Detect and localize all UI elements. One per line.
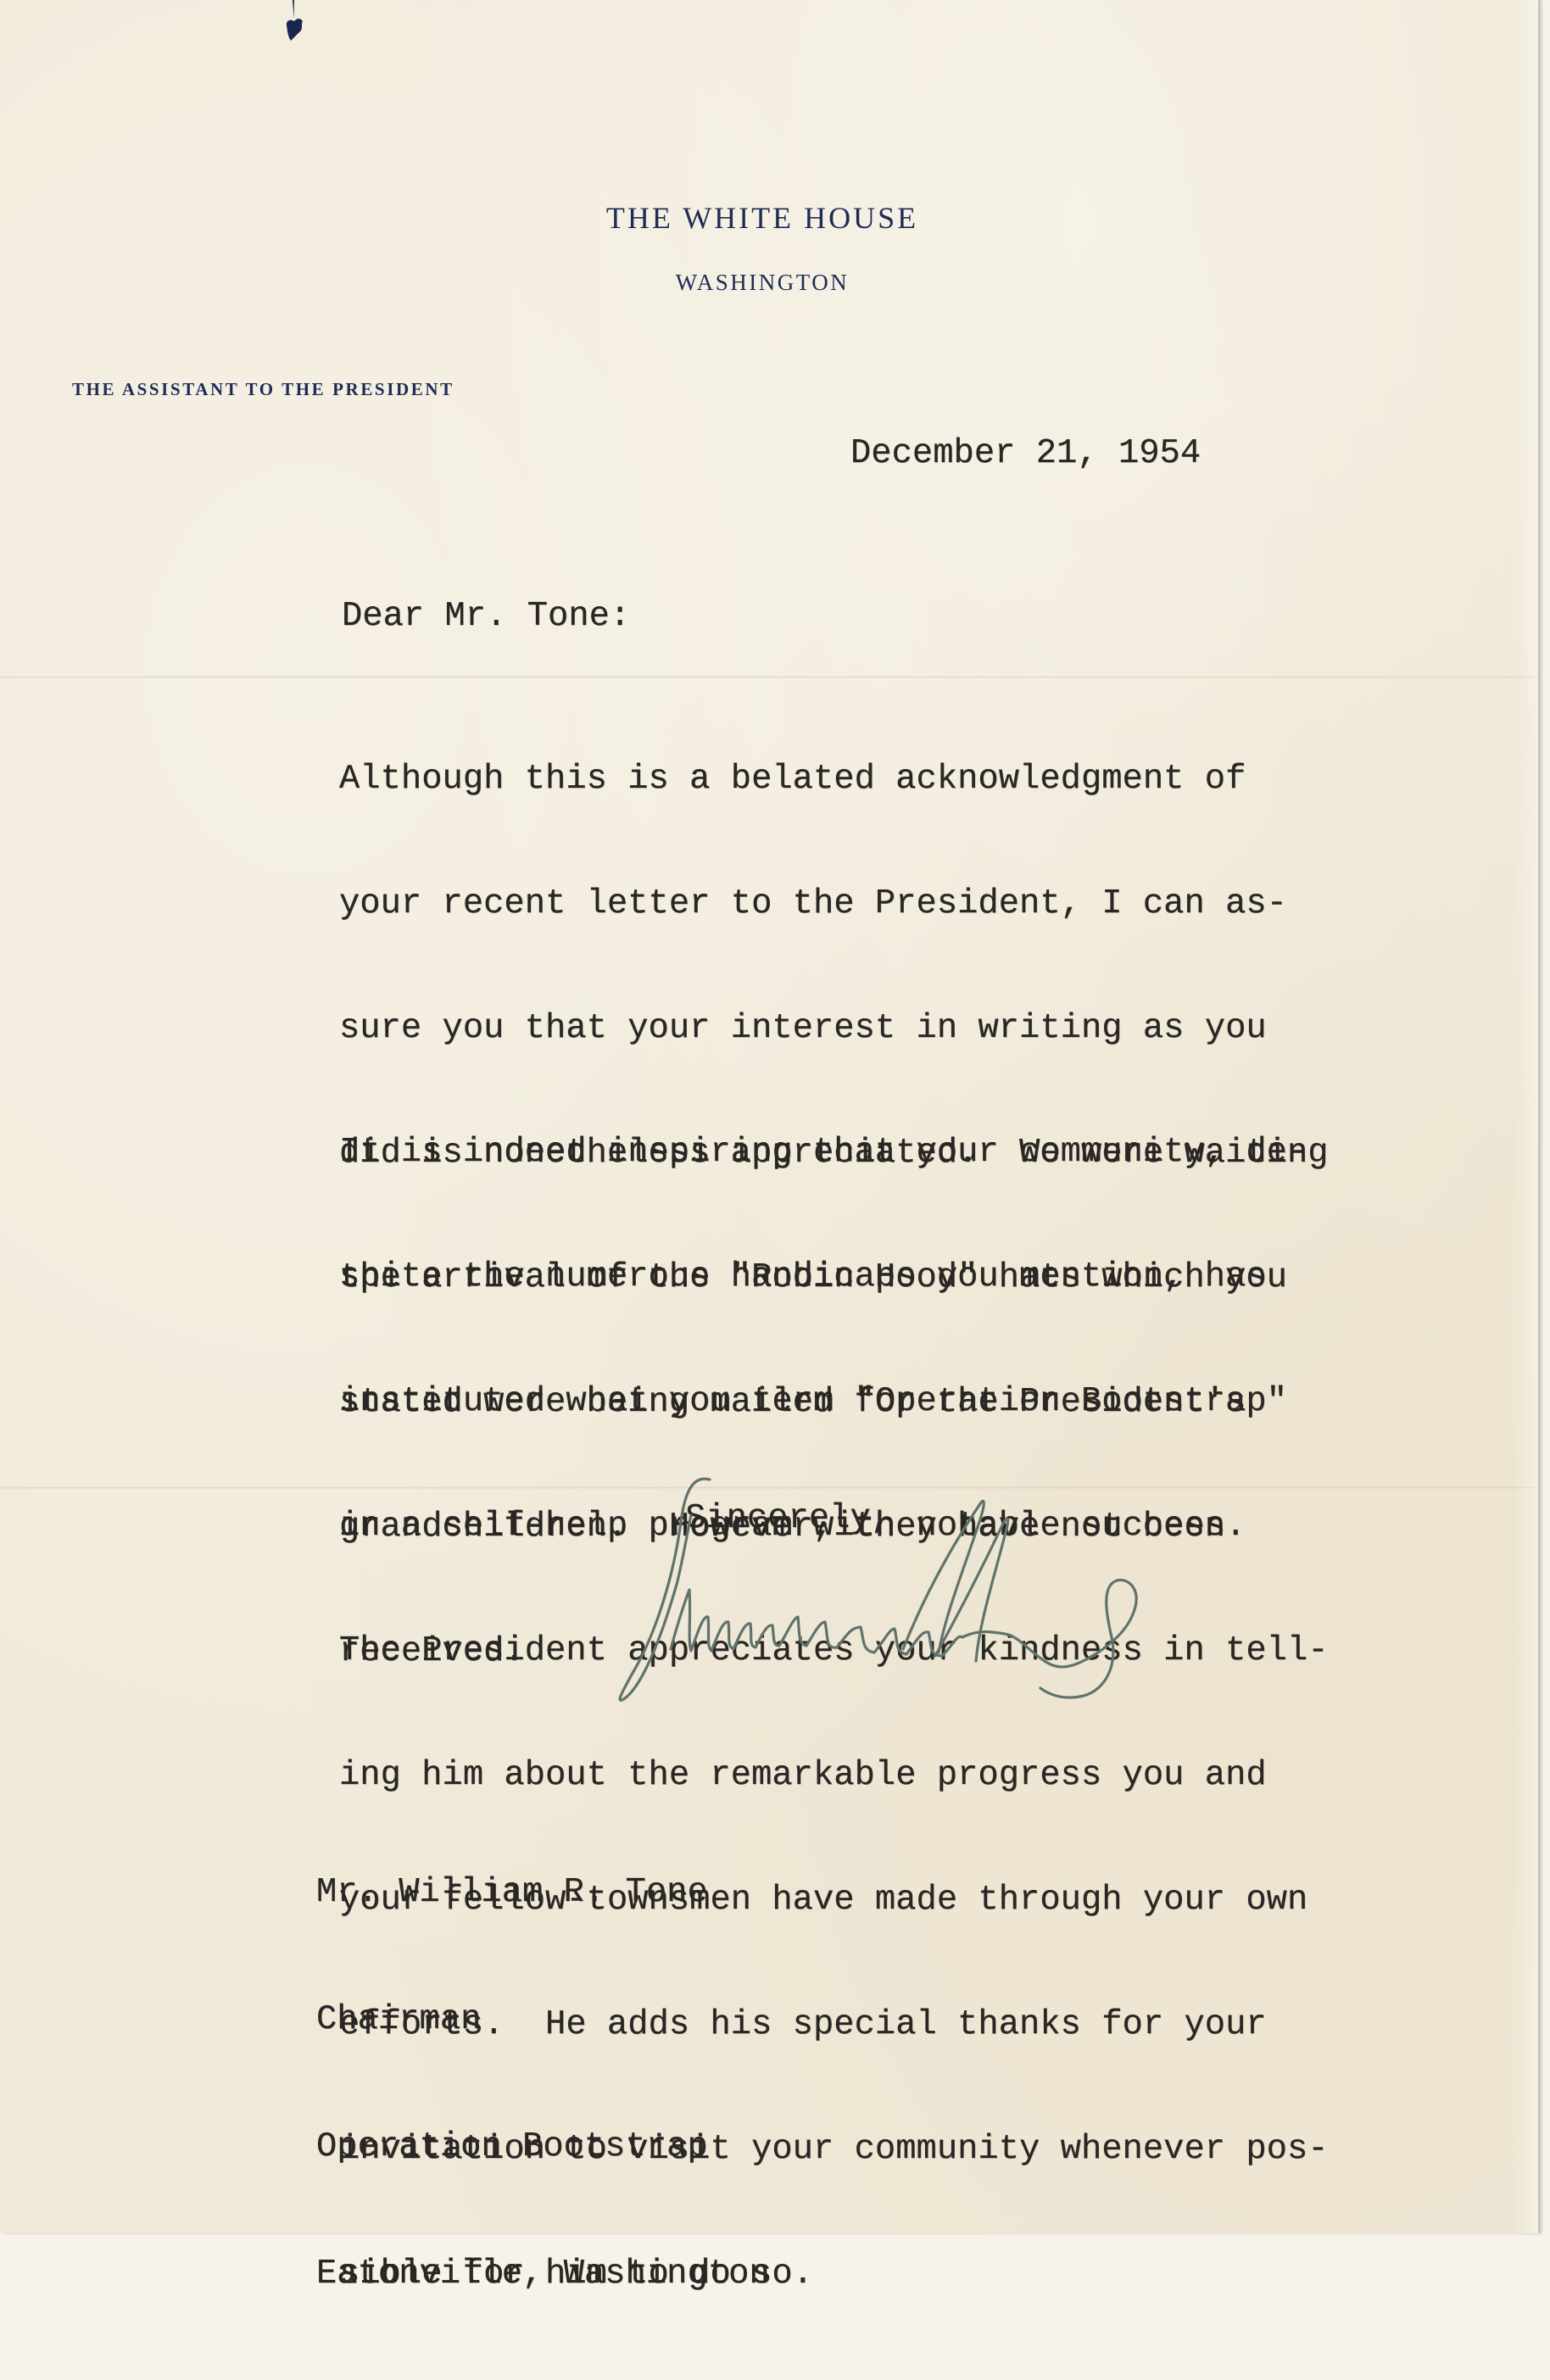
text-line: sure you that your interest in writing a… bbox=[339, 1008, 1329, 1050]
text-line: instituted what you term "Operation Boot… bbox=[339, 1381, 1329, 1423]
page-edge bbox=[1514, 0, 1538, 2233]
recipient-address: Mr. William R. Tone Chairman Operation B… bbox=[316, 1786, 770, 2233]
text-line: your recent letter to the President, I c… bbox=[339, 883, 1329, 925]
letter-page: THE WHITE HOUSE WASHINGTON THE ASSISTANT… bbox=[0, 0, 1538, 2233]
text-line: It is indeed inspiring that your communi… bbox=[339, 1132, 1329, 1173]
letterhead-office: THE ASSISTANT TO THE PRESIDENT bbox=[72, 379, 454, 400]
text-line: Although this is a belated acknowledgmen… bbox=[339, 759, 1329, 800]
recipient-name: Mr. William R. Tone bbox=[316, 1871, 770, 1914]
text-line: spite the numerous handicaps you mention… bbox=[339, 1257, 1329, 1298]
signature-icon bbox=[606, 1471, 1319, 1717]
recipient-organization: Operation Bootstrap bbox=[316, 2126, 770, 2168]
ink-mark-icon bbox=[282, 0, 308, 44]
letterhead-city: WASHINGTON bbox=[0, 270, 1531, 296]
letterhead-title: THE WHITE HOUSE bbox=[0, 200, 1531, 236]
salutation: Dear Mr. Tone: bbox=[342, 597, 630, 636]
letter-date: December 21, 1954 bbox=[850, 434, 1201, 473]
recipient-title: Chairman bbox=[316, 1998, 770, 2041]
